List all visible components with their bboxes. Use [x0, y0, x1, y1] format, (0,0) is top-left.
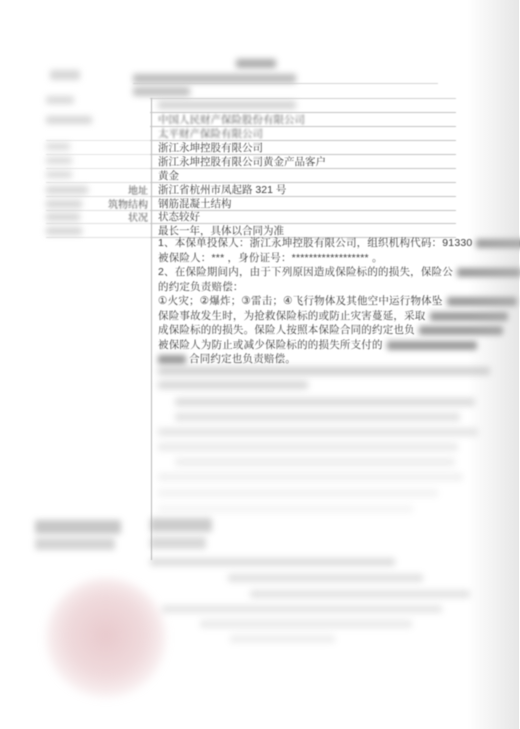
redacted-header-line-2 — [133, 87, 190, 96]
redacted-label — [46, 157, 72, 164]
redacted-label — [46, 96, 74, 104]
redacted-footer-block — [35, 538, 115, 550]
field-label-address-tail: 地址 — [92, 186, 148, 198]
redacted-paragraph-line — [158, 428, 478, 436]
redacted-title — [236, 59, 276, 68]
field-value-insurer-2: 太平财产保险有限公司 — [158, 128, 263, 141]
redacted-label — [46, 116, 92, 124]
redacted-footer-line — [200, 620, 412, 628]
redacted-label — [46, 227, 82, 235]
clause-text: 1、本保单投保人：浙江永坤控股有限公司，组织机构代码：91330 — [158, 237, 472, 249]
clause-line-1: 1、本保单投保人：浙江永坤控股有限公司，组织机构代码：91330 — [158, 236, 520, 250]
scanned-document-page: 中国人民财产保险股份有限公司 太平财产保险有限公司 浙江永坤控股有限公司 浙江永… — [0, 0, 520, 729]
redacted-label — [46, 143, 70, 150]
redacted-label — [46, 171, 72, 178]
redacted-footer-block — [150, 537, 206, 549]
table-rule-left — [46, 140, 150, 141]
redacted-paragraph-line — [158, 443, 458, 451]
field-value-customer: 浙江永坤控股有限公司黄金产品客户 — [158, 156, 326, 169]
clause-text: 成保险标的的损失。保险人按照本保险合同的约定也负 — [158, 324, 415, 336]
table-rule — [150, 182, 456, 183]
redacted-footer-line — [150, 558, 395, 566]
clause-text: 合同约定也负责赔偿。 — [189, 353, 296, 365]
clause-text: ①火灾；②爆炸；③雷击；④飞行物体及其他空中运行物体坠 — [158, 295, 443, 307]
redacted-paragraph-line — [158, 381, 308, 389]
redacted-footer-line — [250, 590, 470, 598]
redacted-tail — [457, 268, 520, 277]
clause-line-4: 的约定负责赔偿： — [158, 280, 244, 294]
field-label-structure-tail: 筑物结构 — [86, 200, 148, 212]
field-value-company: 浙江永坤控股有限公司 — [158, 142, 263, 155]
table-rule-left — [46, 237, 150, 238]
field-value-condition: 状态较好 — [158, 211, 200, 224]
redacted-label — [46, 213, 80, 221]
clause-line-8: 被保险人为防止或减少保险标的的损失所支付的 — [158, 338, 477, 352]
clause-line-5: ①火灾；②爆炸；③雷击；④飞行物体及其他空中运行物体坠 — [158, 294, 517, 308]
redacted-paragraph-line — [158, 473, 463, 481]
redacted-paragraph-line — [158, 489, 438, 497]
table-rule — [133, 83, 438, 84]
redacted-lead — [158, 355, 186, 364]
redacted-tail — [430, 312, 508, 321]
clause-text: 被保险人：*** ，身份证号：****************** 。 — [158, 252, 383, 264]
clause-line-6: 保险事故发生时，为抢救保险标的或防止灾害蔓延，采取 — [158, 309, 508, 323]
field-label-condition-tail: 状况 — [86, 213, 148, 225]
redacted-footer-block — [150, 518, 212, 532]
redacted-footer-block — [35, 520, 121, 534]
clause-text: 保险事故发生时，为抢救保险标的或防止灾害蔓延，采取 — [158, 310, 426, 322]
redacted-paragraph-line — [175, 458, 455, 466]
redacted-header-line-1 — [133, 74, 296, 83]
redacted-tail — [387, 341, 477, 350]
redacted-paragraph-line — [158, 505, 413, 513]
redacted-tail — [447, 297, 517, 306]
redacted-tail — [419, 326, 503, 335]
field-value-insurer-1: 中国人民财产保险股份有限公司 — [158, 114, 305, 127]
redacted-paragraph-line — [158, 367, 490, 375]
field-value-structure: 钢筋混凝土结构 — [158, 198, 232, 211]
table-rule-left — [46, 154, 150, 155]
clause-text: 被保险人为防止或减少保险标的的损失所支付的 — [158, 339, 383, 351]
clause-line-2: 被保险人：*** ，身份证号：****************** 。 — [158, 251, 383, 265]
redacted-label — [50, 70, 80, 80]
table-rule-left — [46, 168, 150, 169]
redacted-footer-line — [230, 635, 335, 643]
redacted-label — [46, 186, 88, 194]
red-seal-stamp — [46, 578, 166, 698]
redacted-tail — [476, 239, 520, 248]
clause-text: 的约定负责赔偿： — [158, 281, 244, 293]
table-rule — [150, 112, 456, 113]
redacted-paragraph-line — [175, 413, 460, 421]
table-rule-left — [46, 182, 150, 183]
clause-line-9: 合同约定也负责赔偿。 — [158, 352, 296, 366]
table-rule — [150, 98, 456, 99]
field-value-address: 浙江省杭州市凤起路 321 号 — [158, 184, 286, 197]
clause-text: 2、在保险期间内，由于下列原因造成保险标的的损失，保险公 — [158, 266, 453, 278]
redacted-field-value — [158, 101, 296, 109]
redacted-footer-line — [162, 605, 442, 613]
redacted-label — [46, 200, 82, 208]
clause-line-7: 成保险标的的损失。保险人按照本保险合同的约定也负 — [158, 323, 503, 337]
redacted-footer-line — [228, 574, 423, 582]
field-value-subject: 黄金 — [158, 170, 179, 183]
clause-line-3: 2、在保险期间内，由于下列原因造成保险标的的损失，保险公 — [158, 265, 520, 279]
redacted-paragraph-line — [175, 398, 475, 406]
